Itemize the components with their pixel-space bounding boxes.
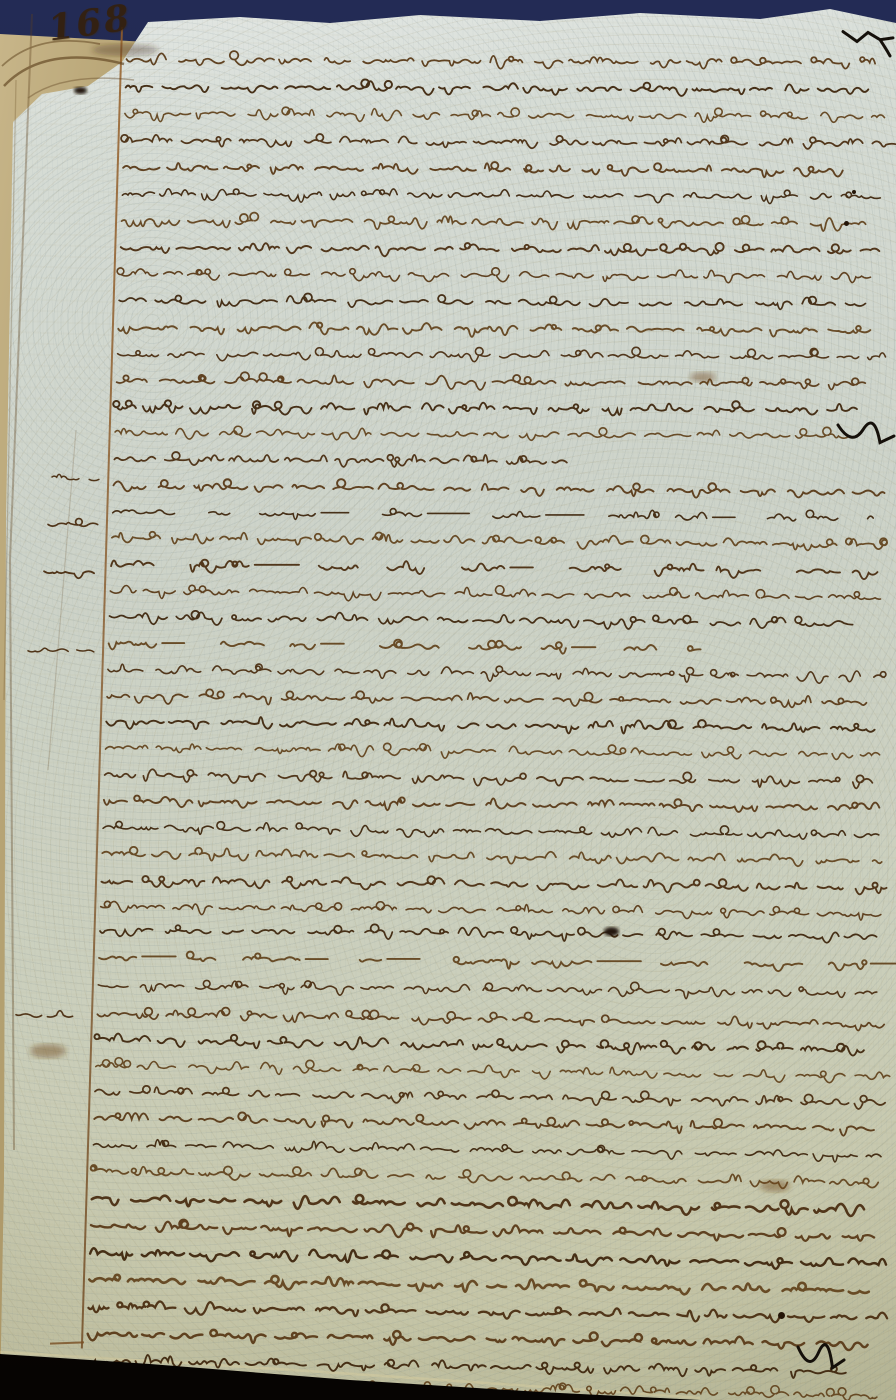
text-line	[99, 952, 896, 972]
text-line	[352, 1381, 877, 1400]
text-line	[104, 796, 879, 812]
margin-note	[28, 648, 94, 652]
dot-ink-mark	[852, 190, 856, 194]
text-line	[113, 509, 874, 521]
smudge-ink-mark	[92, 44, 158, 56]
dot-ink-mark	[778, 1312, 785, 1319]
text-line	[113, 400, 857, 415]
text-line	[121, 243, 880, 256]
page-bottom-edge-highlight	[0, 1352, 700, 1398]
squiggle-ink-mark	[798, 1345, 844, 1368]
text-line	[92, 1195, 864, 1216]
squiggle-ink-mark	[838, 423, 894, 443]
text-line	[102, 847, 881, 866]
blob-ink-mark	[74, 87, 87, 94]
text-line	[117, 372, 866, 390]
margin-note	[16, 1011, 73, 1017]
text-line	[127, 51, 876, 69]
text-line	[118, 322, 870, 336]
stain-ink-mark	[760, 1180, 790, 1192]
text-line	[125, 107, 885, 122]
blob-ink-mark	[604, 927, 619, 936]
text-line	[119, 293, 865, 309]
text-line	[93, 1140, 881, 1162]
text-line	[122, 213, 866, 231]
text-line	[110, 585, 880, 600]
text-line	[108, 664, 886, 683]
text-line	[117, 268, 870, 283]
text-line	[100, 924, 877, 942]
text-line	[89, 1301, 888, 1322]
text-line	[105, 769, 873, 788]
text-line	[87, 1355, 846, 1378]
text-line	[90, 1248, 886, 1269]
text-line	[123, 162, 843, 177]
text-line	[101, 901, 881, 920]
text-line	[95, 1034, 864, 1056]
text-line	[102, 876, 887, 894]
text-line	[109, 640, 701, 654]
text-line	[122, 189, 880, 204]
margin-note	[52, 474, 99, 480]
text-line	[94, 1112, 874, 1135]
dot-ink-mark	[844, 221, 849, 226]
zigzag-ink-mark	[843, 32, 893, 56]
text-line	[91, 1220, 874, 1241]
text-line	[115, 426, 848, 440]
text-line	[97, 1008, 884, 1031]
text-line	[126, 79, 869, 96]
text-line	[114, 479, 885, 498]
text-line	[111, 560, 877, 580]
text-line	[103, 821, 879, 839]
text-line	[110, 611, 853, 629]
stain-ink-mark	[30, 1044, 66, 1058]
text-line	[114, 452, 567, 467]
text-line	[95, 1086, 885, 1109]
text-line	[88, 1330, 868, 1350]
text-line	[98, 980, 877, 998]
text-line	[106, 717, 874, 734]
manuscript-photo: 168	[0, 0, 896, 1400]
text-line	[107, 689, 866, 707]
text-line	[91, 1165, 879, 1188]
ink-layer	[0, 0, 896, 1400]
text-line	[89, 1275, 869, 1294]
margin-note	[44, 571, 94, 578]
text-line	[118, 347, 886, 361]
margin-note	[48, 519, 98, 527]
text-line	[112, 532, 887, 551]
text-line	[96, 1058, 890, 1083]
text-line	[106, 743, 880, 759]
text-line	[121, 134, 896, 149]
leaf-edge-lines	[2, 14, 134, 1390]
stain-ink-mark	[690, 372, 716, 382]
